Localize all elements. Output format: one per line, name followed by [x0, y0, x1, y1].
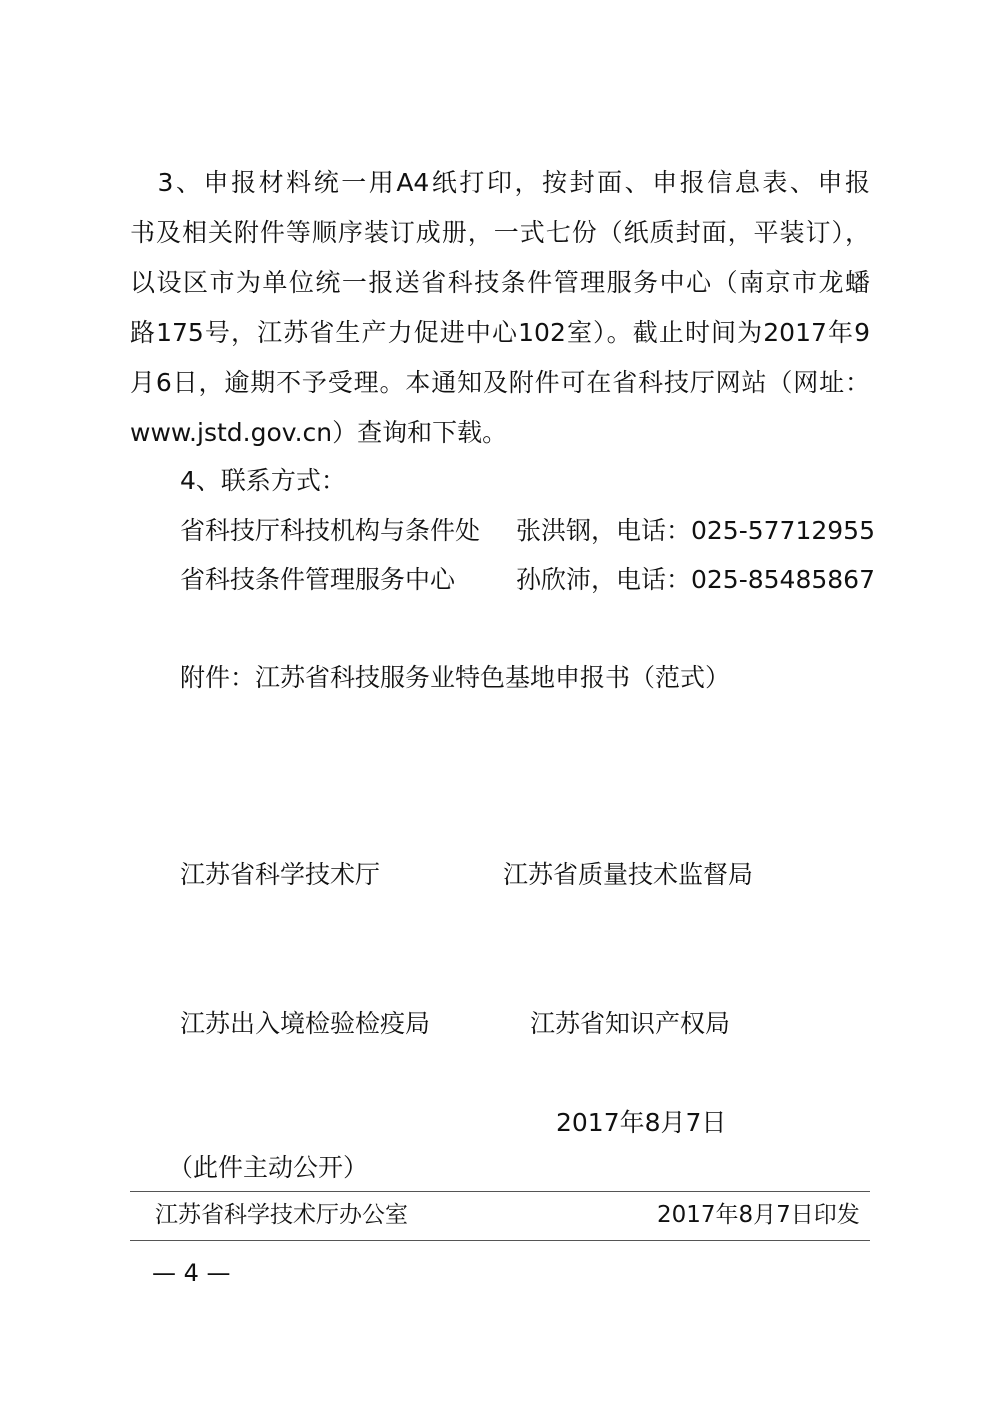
signature-org: 江苏省质量技术监督局: [503, 860, 753, 890]
text-line: 以设区市为单位统一报送省科技条件管理服务中心（南京市龙蟠: [130, 268, 870, 298]
text-line: 月6日，逾期不予受理。本通知及附件可在省科技厅网站（网址：: [130, 368, 870, 398]
footer-issue-date: 2017年8月7日印发: [657, 1200, 860, 1230]
page-number: — 4 —: [152, 1258, 231, 1288]
footer-issuer: 江苏省科学技术厅办公室: [155, 1200, 408, 1230]
text-line: 3、申报材料统一用A4纸打印，按封面、申报信息表、申报: [130, 168, 870, 198]
contact-person: 孙欣沛，电话：025-85485867: [516, 565, 875, 595]
document-date: 2017年8月7日: [556, 1108, 726, 1138]
signature-org: 江苏出入境检验检疫局: [180, 1009, 430, 1039]
disclosure-note: （此件主动公开）: [168, 1153, 368, 1183]
footer-bottom-rule: [130, 1240, 870, 1241]
signature-org: 江苏省科学技术厅: [180, 860, 380, 890]
contact-heading: 4、联系方式：: [180, 466, 346, 496]
attachment-note: 附件：江苏省科技服务业特色基地申报书（范式）: [180, 663, 730, 693]
text-line: www.jstd.gov.cn）查询和下载。: [130, 418, 507, 448]
text-line: 书及相关附件等顺序装订成册，一式七份（纸质封面，平装订），: [130, 218, 870, 248]
footer-top-rule: [130, 1191, 870, 1192]
text-line: 路175号，江苏省生产力促进中心102室）。截止时间为2017年9: [130, 318, 870, 348]
contact-org: 省科技条件管理服务中心: [180, 565, 455, 595]
contact-person: 张洪钢，电话：025-57712955: [516, 516, 875, 546]
contact-org: 省科技厅科技机构与条件处: [180, 516, 480, 546]
signature-org: 江苏省知识产权局: [530, 1009, 730, 1039]
